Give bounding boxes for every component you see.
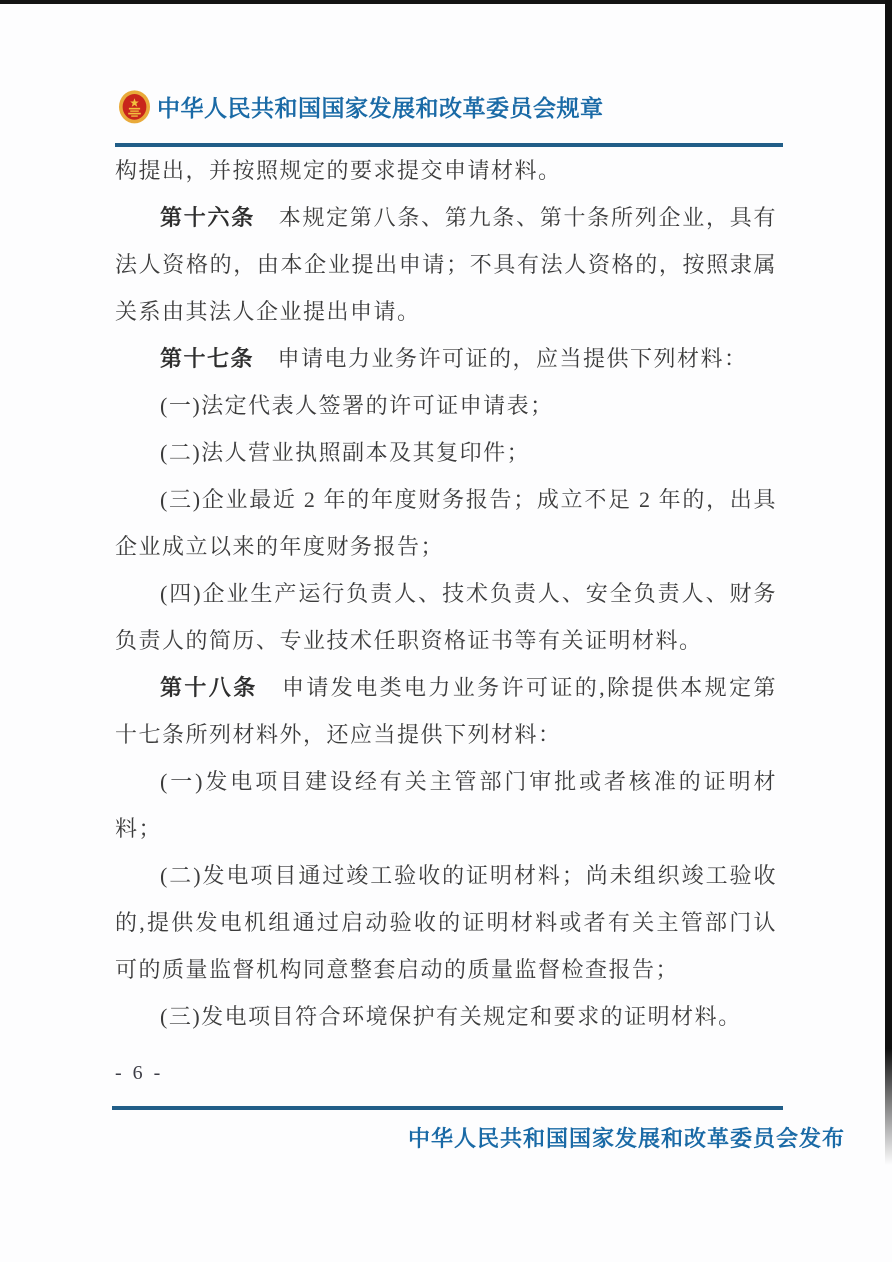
body-line: 第十八条 申请发电类电力业务许可证的,除提供本规定第 bbox=[115, 664, 777, 711]
header-title: 中华人民共和国国家发展和改革委员会规章 bbox=[157, 90, 604, 123]
body-line: 法人资格的，由本企业提出申请；不具有法人资格的，按照隶属 bbox=[115, 241, 777, 288]
body-line: (四)企业生产运行负责人、技术负责人、安全负责人、财务 bbox=[115, 570, 777, 617]
body-line: (三)企业最近 2 年的年度财务报告；成立不足 2 年的，出具 bbox=[115, 476, 777, 523]
body-line: 第十六条 本规定第八条、第九条、第十条所列企业，具有 bbox=[115, 194, 777, 241]
body-line: 可的质量监督机构同意整套启动的质量监督检查报告； bbox=[115, 946, 777, 993]
body-line: (三)发电项目符合环境保护有关规定和要求的证明材料。 bbox=[115, 993, 777, 1040]
body-line: 构提出，并按照规定的要求提交申请材料。 bbox=[115, 147, 777, 194]
body-line: 十七条所列材料外，还应当提供下列材料： bbox=[115, 711, 777, 758]
document-page: 中华人民共和国国家发展和改革委员会规章 构提出，并按照规定的要求提交申请材料。第… bbox=[0, 0, 892, 1262]
article-number: 第十七条 bbox=[160, 346, 254, 371]
body-line: (二)法人营业执照副本及其复印件； bbox=[115, 429, 777, 476]
body-line: 负责人的简历、专业技术任职资格证书等有关证明材料。 bbox=[115, 617, 777, 664]
article-number: 第十八条 bbox=[160, 675, 258, 700]
article-number: 第十六条 bbox=[160, 205, 255, 230]
footer-publisher: 中华人民共和国国家发展和改革委员会发布 bbox=[115, 1122, 845, 1153]
scan-edge-right bbox=[885, 0, 892, 1165]
document-header: 中华人民共和国国家发展和改革委员会规章 bbox=[118, 89, 604, 124]
body-line: 关系由其法人企业提出申请。 bbox=[115, 288, 777, 335]
body-line: (一)发电项目建设经有关主管部门审批或者核准的证明材 bbox=[115, 758, 777, 805]
body-line: (二)发电项目通过竣工验收的证明材料；尚未组织竣工验收 bbox=[115, 852, 777, 899]
document-body: 构提出，并按照规定的要求提交申请材料。第十六条 本规定第八条、第九条、第十条所列… bbox=[115, 147, 777, 1040]
body-line: (一)法定代表人签署的许可证申请表； bbox=[115, 382, 777, 429]
body-line: 第十七条 申请电力业务许可证的，应当提供下列材料： bbox=[115, 335, 777, 382]
page-number: - 6 - bbox=[115, 1062, 163, 1085]
body-line: 企业成立以来的年度财务报告； bbox=[115, 523, 777, 570]
national-emblem-icon bbox=[118, 89, 151, 124]
footer-divider bbox=[112, 1106, 783, 1110]
scan-edge-top bbox=[0, 0, 892, 4]
body-line: 料； bbox=[115, 805, 777, 852]
body-line: 的,提供发电机组通过启动验收的证明材料或者有关主管部门认 bbox=[115, 899, 777, 946]
